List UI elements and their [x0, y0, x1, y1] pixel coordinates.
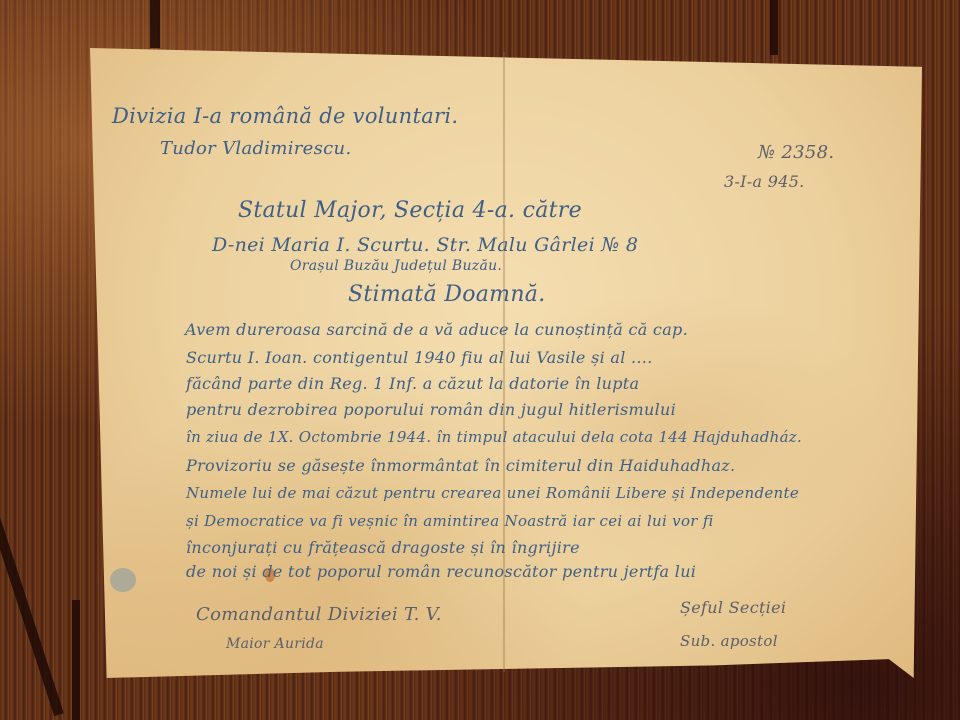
body-line: Provizoriu se găsește înmormântat în cim…: [186, 456, 735, 475]
address-line-2: D-nei Maria I. Scurtu. Str. Malu Gârlei …: [212, 234, 638, 256]
body-line: înconjurați cu frățească dragoste și în …: [186, 538, 580, 557]
carpet-pattern: [72, 600, 80, 720]
carpet-pattern: [150, 0, 160, 48]
signature-left-title: Comandantul Diviziei T. V.: [196, 604, 442, 625]
body-line: în ziua de 1X. Octombrie 1944. în timpul…: [186, 428, 802, 446]
address-line-1: Statul Major, Secția 4-a. către: [238, 198, 582, 223]
body-line: Scurtu I. Ioan. contigentul 1940 fiu al …: [186, 348, 653, 367]
document-date: 3-I-a 945.: [724, 172, 805, 191]
carpet-pattern: [0, 504, 64, 716]
body-line: Numele lui de mai căzut pentru crearea u…: [186, 484, 799, 502]
sender-line-1: Divizia I-a română de voluntari.: [112, 104, 458, 128]
document-number: № 2358.: [758, 142, 834, 163]
address-line-3: Orașul Buzău Județul Buzău.: [290, 258, 502, 274]
body-line: și Democratice va fi veșnic în amintirea…: [186, 512, 714, 530]
body-line: făcând parte din Reg. 1 Inf. a căzut la …: [186, 374, 639, 393]
body-line: Avem dureroasa sarcină de a vă aduce la …: [185, 320, 688, 339]
signature-right-title: Șeful Secției: [680, 598, 786, 617]
body-line: pentru dezrobirea poporului român din ju…: [186, 400, 676, 419]
carpet-pattern: [770, 0, 778, 55]
sender-line-2: Tudor Vladimirescu.: [160, 138, 351, 159]
salutation: Stimată Doamnă.: [348, 282, 546, 307]
signature-left-name: Maior Aurida: [226, 636, 324, 652]
ink-stain: [110, 568, 136, 592]
body-line: de noi și de tot poporul român recunoscă…: [186, 562, 696, 581]
signature-right-name: Sub. apostol: [680, 632, 778, 650]
